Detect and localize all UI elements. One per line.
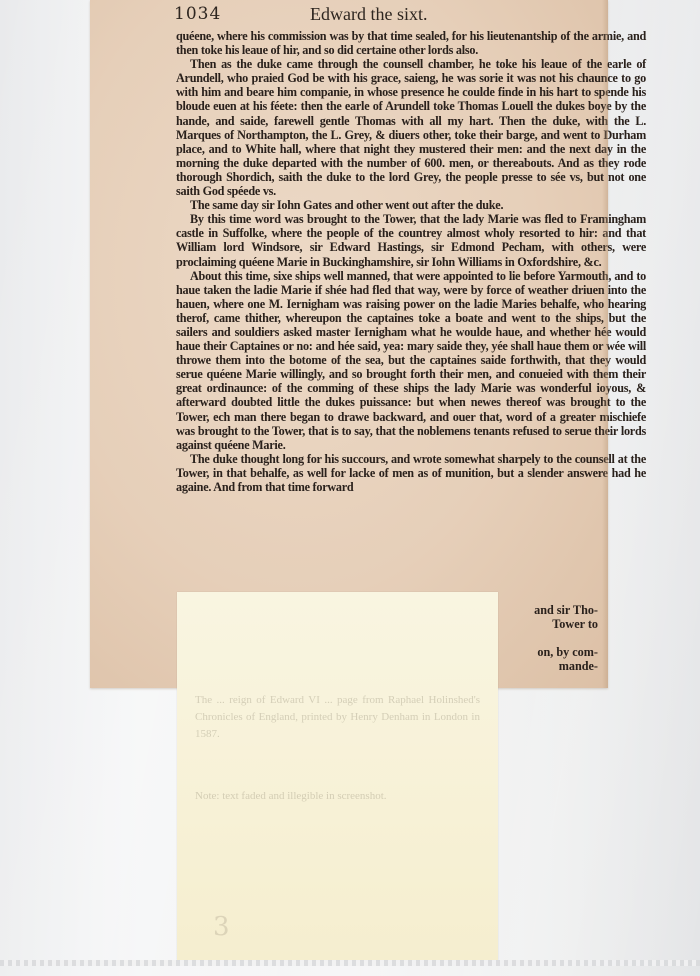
running-head: 1034 Edward the sixt. — [174, 4, 574, 28]
card-mark: 3 — [213, 912, 230, 942]
paragraph: Then as the duke came through the counse… — [176, 57, 646, 198]
text-fragment: on, by com- — [498, 645, 598, 659]
paragraph: The duke thought long for his succours, … — [176, 452, 646, 494]
text-fragment: and sir Tho- — [498, 603, 598, 617]
description-card: The ... reign of Edward VI ... page from… — [177, 592, 498, 960]
body-text: quéene, where his commission was by that… — [176, 29, 646, 494]
paragraph: By this time word was brought to the Tow… — [176, 212, 646, 268]
running-title: Edward the sixt. — [310, 4, 427, 25]
page-number: 1034 — [174, 4, 221, 24]
sleeve-perforated-edge — [0, 960, 700, 966]
text-fragment: mande- — [498, 659, 598, 673]
paragraph: quéene, where his commission was by that… — [176, 29, 646, 57]
card-caption: The ... reign of Edward VI ... page from… — [195, 692, 480, 743]
card-note: Note: text faded and illegible in screen… — [195, 788, 480, 805]
antique-book-leaf: 1034 Edward the sixt. quéene, where his … — [90, 0, 608, 688]
paragraph: About this time, sixe ships well manned,… — [176, 269, 646, 452]
paragraph: The same day sir Iohn Gates and other we… — [176, 198, 646, 212]
text-fragment: Tower to — [498, 617, 598, 631]
